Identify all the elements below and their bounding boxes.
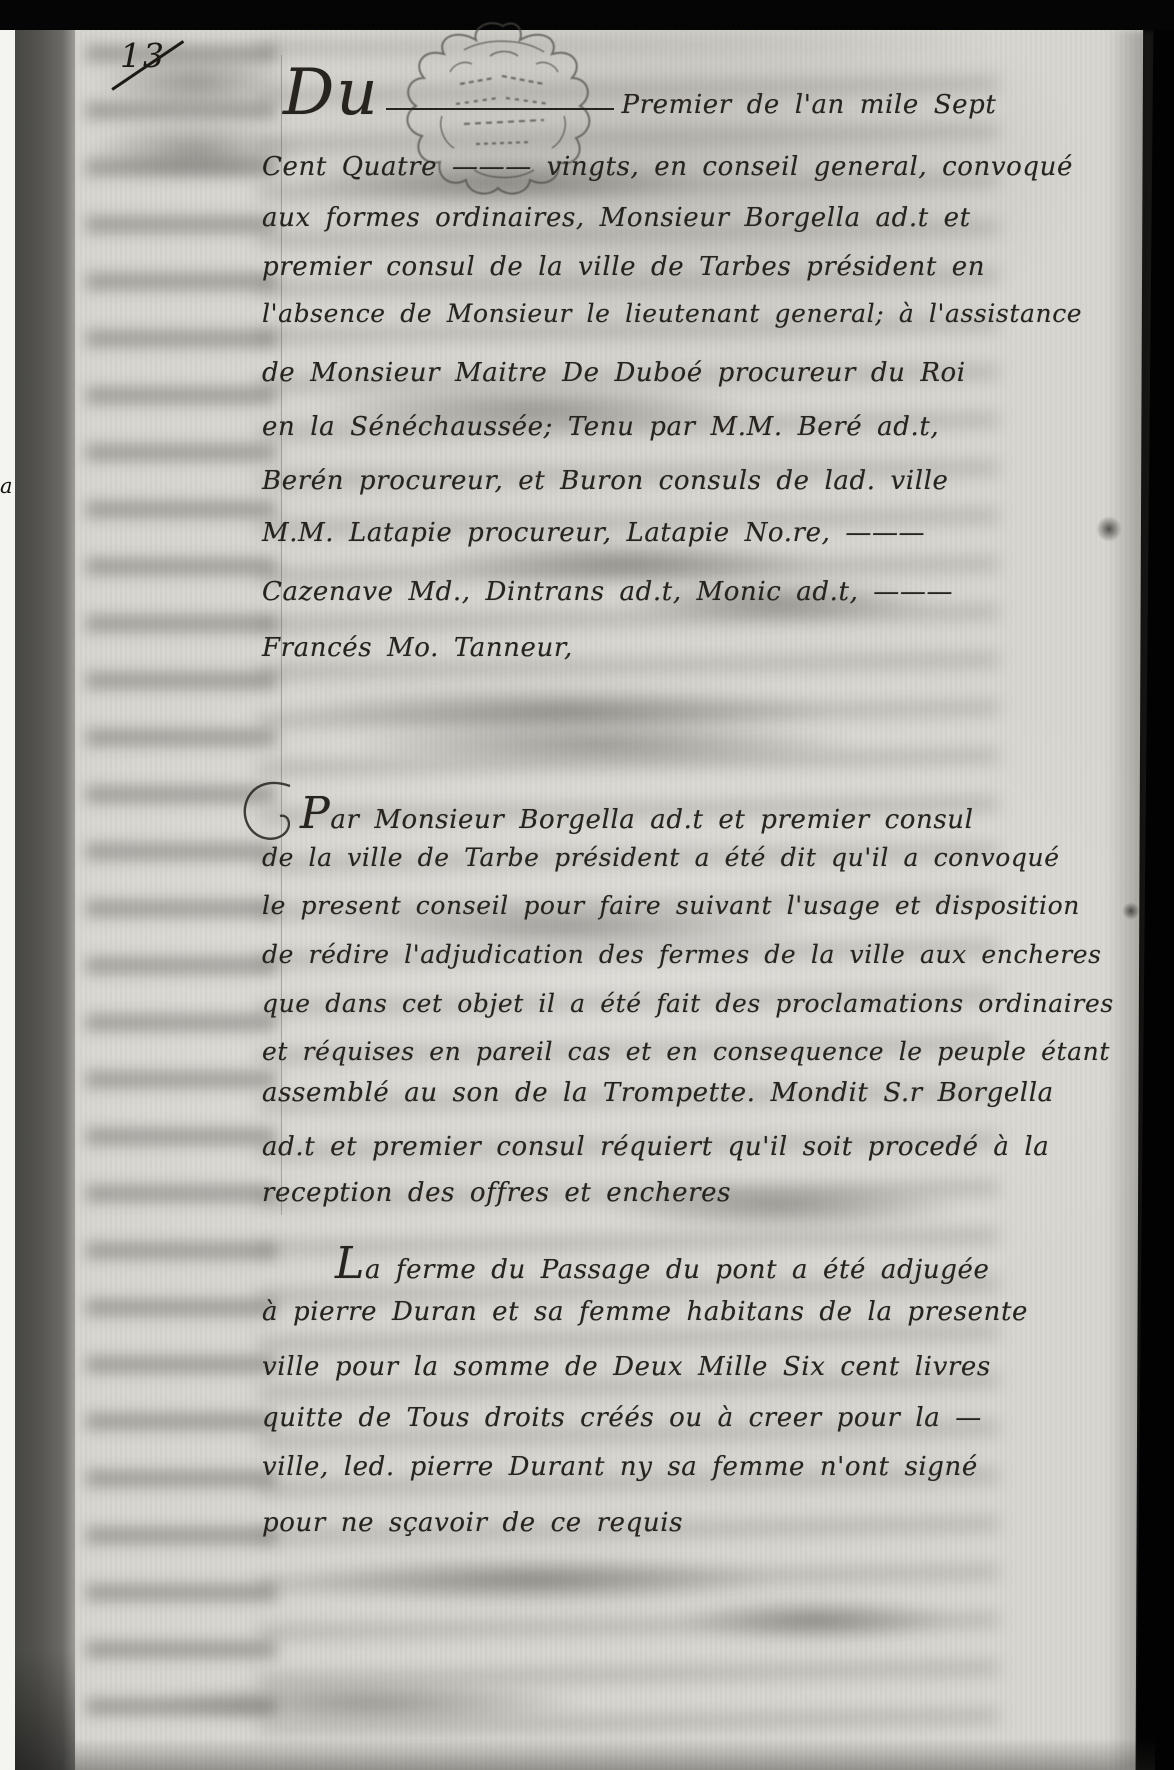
manuscript-line: le present conseil pour faire suivant l'… [262,891,1080,920]
manuscript-line: Par Monsieur Borgella ad.t et premier co… [300,788,974,839]
manuscript-line: à pierre Duran et sa femme habitans de l… [262,1297,1028,1327]
manuscript-line: premier consul de la ville de Tarbes pré… [262,252,985,282]
binding-gutter-shadow [15,28,83,1770]
ink-speck [1096,516,1122,542]
manuscript-line: assemblé au son de la Trompette. Mondit … [262,1078,1054,1108]
scan-margin-strip [0,28,15,1770]
manuscript-line: en la Sénéchaussée; Tenu par M.M. Beré a… [262,412,939,442]
ink-speck [1122,902,1140,920]
opening-blank-rule [386,108,614,110]
manuscript-line: La ferme du Passage du pont a été adjugé… [335,1238,989,1289]
opening-rest: Premier de l'an mile Sept [622,90,997,120]
ink-smudge [350,722,850,766]
manuscript-line: et réquises en pareil cas et en conseque… [262,1037,1110,1066]
manuscript-line: ad.t et premier consul réquiert qu'il so… [262,1132,1049,1162]
manuscript-line: pour ne sçavoir de ce requis [262,1508,683,1538]
manuscript-line: quitte de Tous droits créés ou à creer p… [262,1403,982,1433]
manuscript-line: de la ville de Tarbe président a été dit… [262,843,1060,872]
ink-smudge [680,1598,950,1642]
manuscript-line: l'absence de Monsieur le lieutenant gene… [262,299,1082,328]
opening-word: Du [283,66,380,120]
manuscript-line: M.M. Latapie procureur, Latapie No.re, —… [262,518,925,548]
manuscript-line: Cent Quatre ——— vingts, en conseil gener… [262,152,1073,182]
ink-smudge [160,1680,580,1726]
margin-mark: a [0,474,13,498]
manuscript-line: reception des offres et encheres [262,1178,731,1208]
paragraph-flourish [236,778,298,850]
bleedthrough-left-column [86,45,276,1735]
manuscript-line: Cazenave Md., Dintrans ad.t, Monic ad.t,… [262,577,953,607]
manuscript-line: Francés Mo. Tanneur, [262,633,573,663]
opening-line: Du Premier de l'an mile Sept [283,66,996,120]
manuscript-line: de Monsieur Maitre De Duboé procureur du… [262,358,966,388]
manuscript-line: Berén procureur, et Buron consuls de lad… [262,466,949,496]
manuscript-line: ville pour la somme de Deux Mille Six ce… [262,1352,991,1382]
manuscript-line: aux formes ordinaires, Monsieur Borgella… [262,203,971,233]
manuscript-line: ville, led. pierre Durant ny sa femme n'… [262,1452,978,1482]
manuscript-line: de rédire l'adjudication des fermes de l… [262,940,1102,969]
manuscript-line: que dans cet objet il a été fait des pro… [262,989,1114,1018]
